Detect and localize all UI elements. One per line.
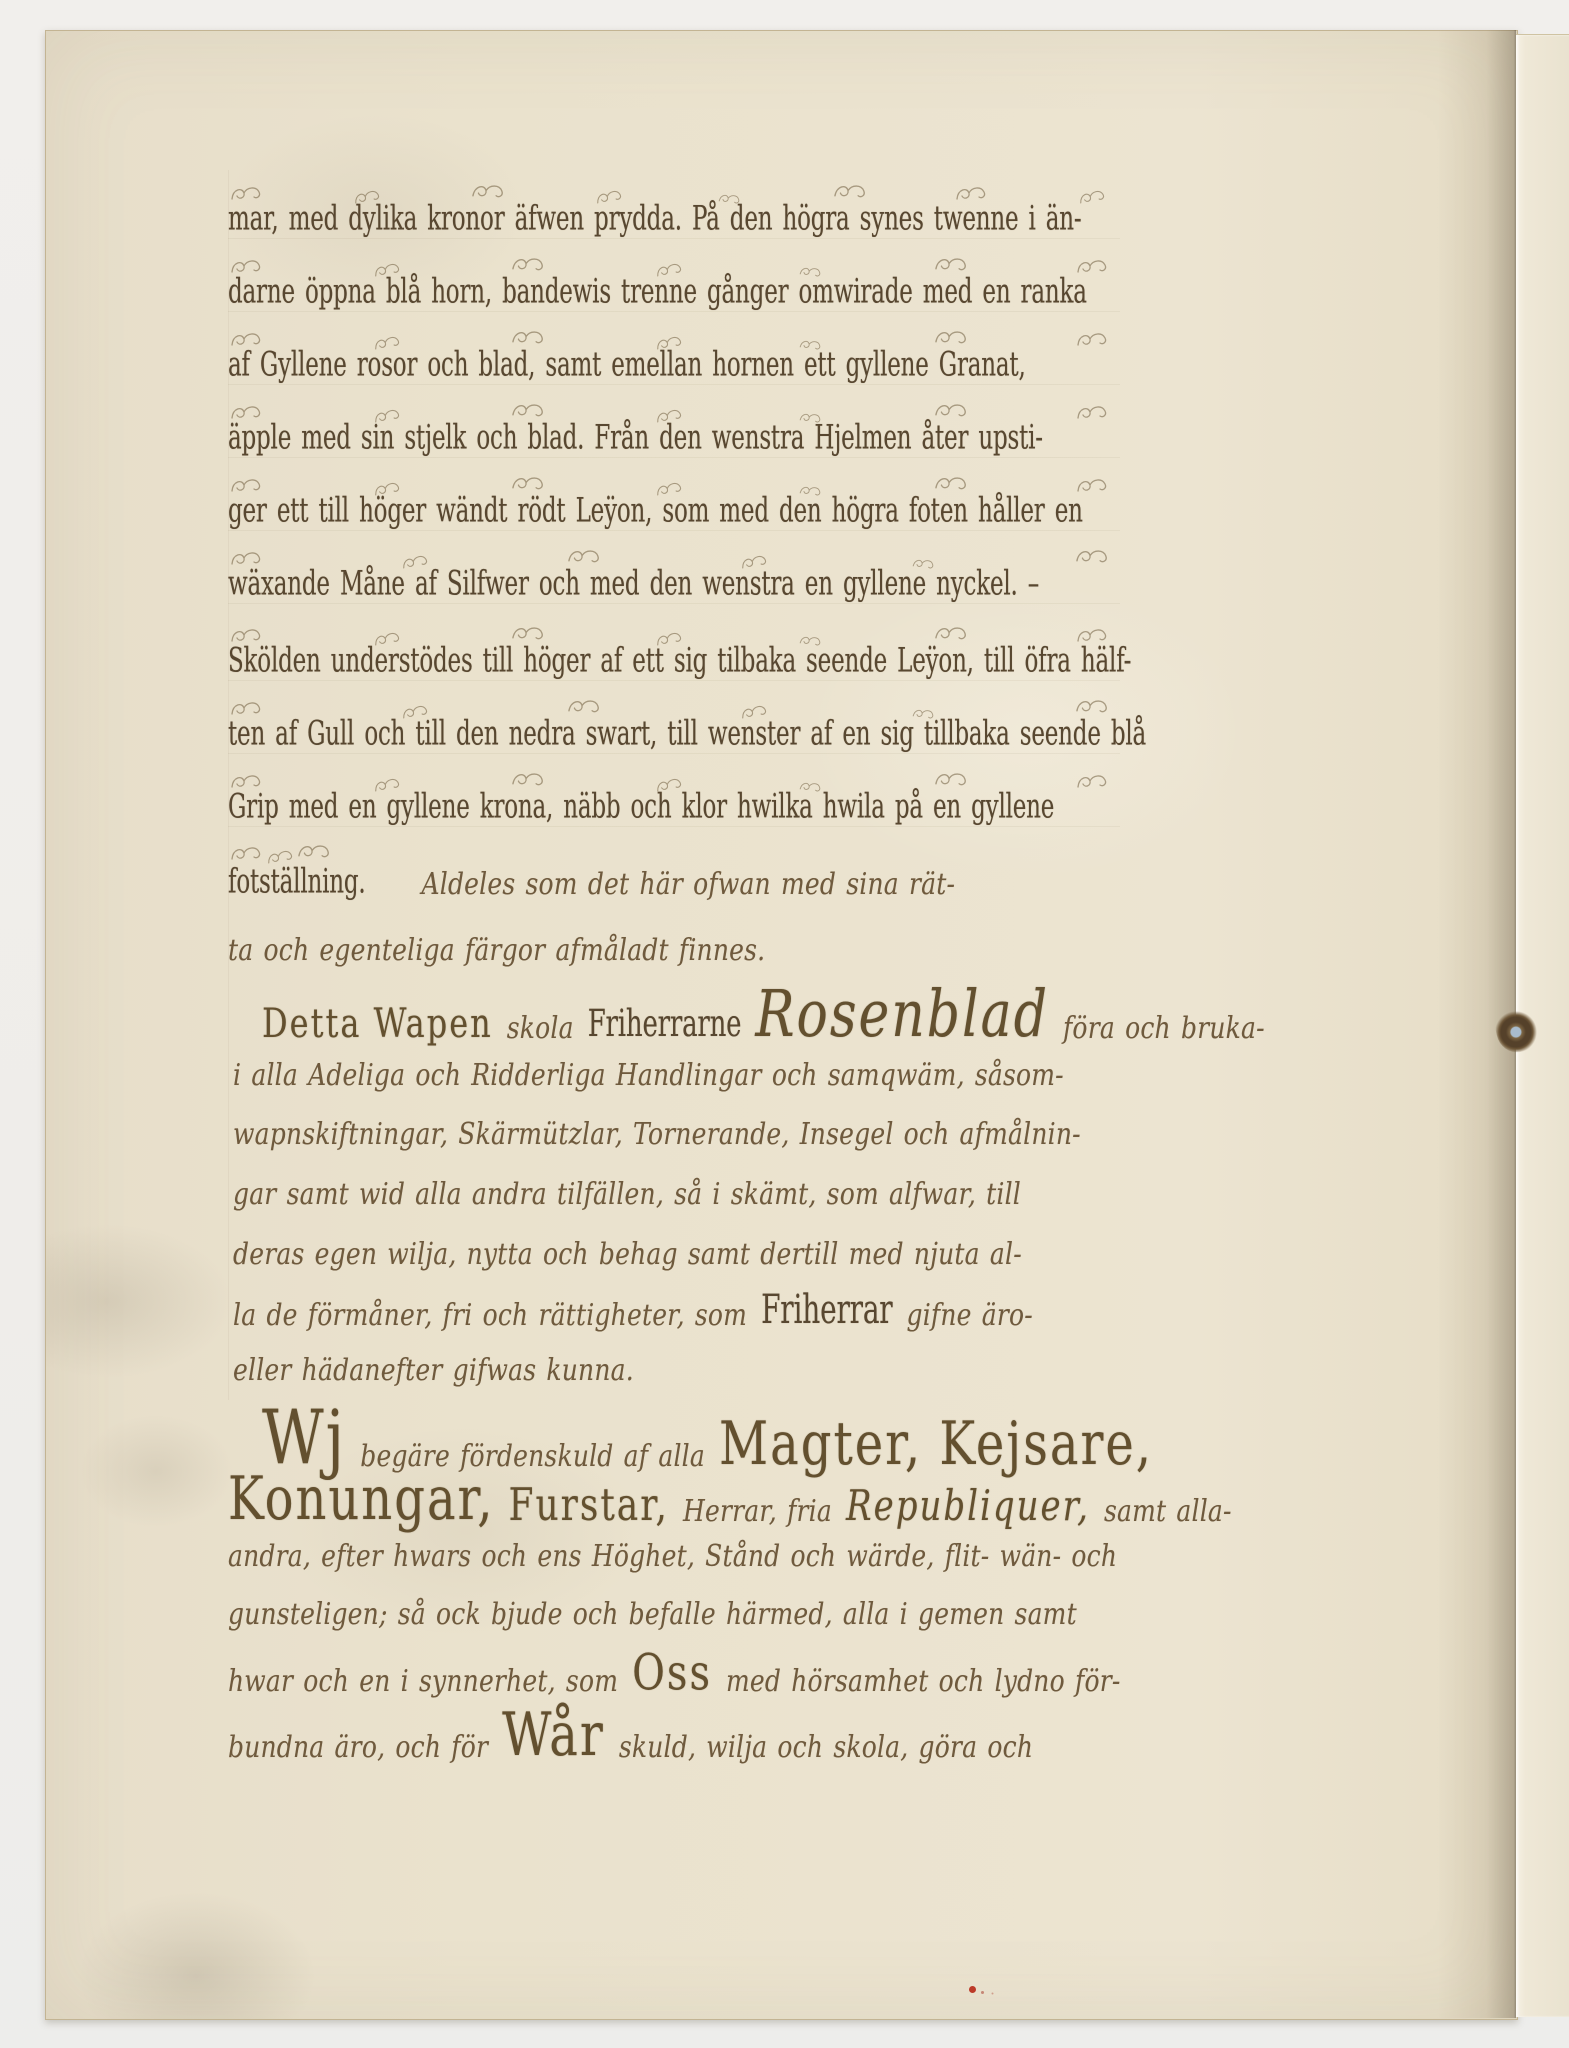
display-word: Republiquer,: [846, 1481, 1090, 1531]
cursive-line: eller hädanefter gifwas kunna.: [233, 1353, 634, 1387]
cursive-word: skola: [507, 1011, 574, 1045]
cursive-phrase: föra och bruka-: [1063, 1011, 1265, 1045]
display-word: Wår: [502, 1700, 605, 1770]
text-line: deras egen wilja, nytta och behag samt d…: [233, 1242, 1022, 1271]
fraktur-line: wäxande Måne af Silfwer och med den wens…: [228, 565, 1039, 603]
text-line: äpple med sin stjelk och blad. Från den …: [228, 431, 1120, 458]
text-line: bundna äro, och för Wår skuld, wilja och…: [228, 1714, 1033, 1770]
family-name: Rosenblad: [755, 977, 1049, 1052]
text-line: gar samt wid alla andra tilfällen, så i …: [233, 1182, 1021, 1211]
cursive-phrase: hwar och en i synnerhet, som: [228, 1664, 618, 1698]
cursive-phrase: Herrar, fria: [683, 1494, 832, 1528]
fraktur-line: af Gyllene rosor och blad, samt emellan …: [228, 346, 1026, 384]
fraktur-word: fotställning.: [228, 863, 366, 901]
cursive-phrase: skuld, wilja och skola, göra och: [619, 1730, 1033, 1764]
text-line: Konungar, Furstar, Herrar, fria Republiq…: [228, 1478, 1232, 1534]
cursive-line: deras egen wilja, nytta och behag samt d…: [233, 1237, 1022, 1271]
cursive-line: andra, efter hwars och ens Höghet, Stånd…: [228, 1539, 1117, 1573]
text-line: af Gyllene rosor och blad, samt emellan …: [228, 358, 1120, 385]
text-line: hwar och en i synnerhet, som Oss med hör…: [228, 1656, 1121, 1702]
display-word: Oss: [632, 1645, 712, 1703]
cursive-phrase: Aldeles som det här ofwan med sina rät-: [422, 867, 956, 901]
display-word: Detta Wapen: [262, 1000, 493, 1048]
cursive-phrase: gifne äro-: [907, 1298, 1033, 1332]
text-line: Grip med en gyllene krona, näbb och klor…: [228, 800, 1120, 827]
red-ink-mark: [969, 1986, 976, 1993]
fraktur-word: Friherrar: [761, 1285, 892, 1333]
text-line: eller hädanefter gifwas kunna.: [233, 1358, 634, 1387]
text-line: wapnskiftningar, Skärmützlar, Tornerande…: [233, 1122, 1081, 1151]
fraktur-line: ger ett till höger wändt rödt Leÿon, som…: [228, 492, 1083, 530]
cursive-line: gunsteligen; så ock bjude och befalle hä…: [228, 1597, 1077, 1631]
text-line: Skölden understödes till höger af ett si…: [228, 654, 1120, 681]
cursive-phrase: bundna äro, och för: [228, 1730, 488, 1764]
fraktur-word: Friherrarne: [588, 1003, 742, 1047]
fraktur-line: ten af Gull och till den nedra swart, ti…: [228, 715, 1146, 753]
text-line: andra, efter hwars och ens Höghet, Stånd…: [228, 1544, 1117, 1573]
text-line: Detta Wapen skola Friherrarne Rosenblad …: [262, 992, 1265, 1052]
text-line: wäxande Måne af Silfwer och med den wens…: [228, 577, 1120, 604]
cursive-phrase: med hörsamhet och lydno för-: [726, 1664, 1121, 1698]
cursive-phrase: la de förmåner, fri och rättigheter, som: [233, 1298, 747, 1332]
text-line: i alla Adeliga och Ridderliga Handlingar…: [233, 1063, 1064, 1092]
fraktur-line: darne öppna blå horn, bandewis trenne gå…: [228, 273, 1087, 311]
cursive-line: i alla Adeliga och Ridderliga Handlingar…: [233, 1058, 1064, 1092]
text-line: gunsteligen; så ock bjude och befalle hä…: [228, 1602, 1077, 1631]
text-line: la de förmåner, fri och rättigheter, som…: [233, 1300, 1033, 1333]
cursive-line: gar samt wid alla andra tilfällen, så i …: [233, 1177, 1021, 1211]
manuscript-scan: mar, med dylika kronor äfwen prydda. På …: [0, 0, 1569, 2048]
text-line: ten af Gull och till den nedra swart, ti…: [228, 727, 1120, 754]
cursive-phrase: samt alla-: [1104, 1494, 1232, 1528]
text-line: darne öppna blå horn, bandewis trenne gå…: [228, 285, 1120, 312]
text-line: mar, med dylika kronor äfwen prydda. På …: [228, 212, 1120, 239]
fraktur-line: Skölden understödes till höger af ett si…: [228, 642, 1131, 680]
text-line: fotställning. Aldeles som det här ofwan …: [228, 872, 955, 901]
display-word: Konungar,: [228, 1464, 494, 1534]
display-word: Furstar,: [508, 1480, 668, 1531]
text-line: ta och egenteliga färgor afmåladt finnes…: [228, 938, 765, 967]
fraktur-line: Grip med en gyllene krona, näbb och klor…: [228, 788, 1054, 826]
fraktur-line: mar, med dylika kronor äfwen prydda. På …: [228, 200, 1081, 238]
display-phrase: Magter, Kejsare,: [719, 1409, 1153, 1479]
fraktur-line: äpple med sin stjelk och blad. Från den …: [228, 419, 1043, 457]
cursive-line: wapnskiftningar, Skärmützlar, Tornerande…: [233, 1117, 1081, 1151]
text-line: ger ett till höger wändt rödt Leÿon, som…: [228, 504, 1120, 531]
cursive-line: ta och egenteliga färgor afmåladt finnes…: [228, 933, 765, 967]
